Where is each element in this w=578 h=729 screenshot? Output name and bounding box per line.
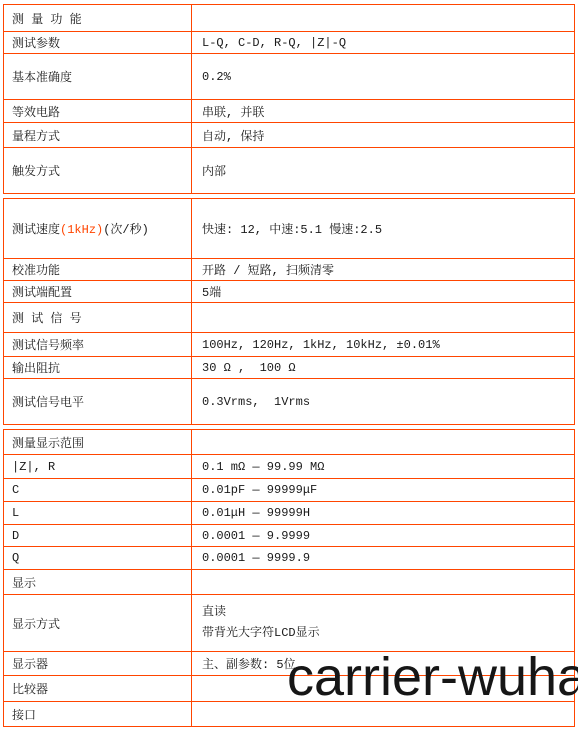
spec-label-cell: D: [4, 525, 192, 547]
table-row: 测试参数L-Q, C-D, R-Q, |Z|-Q: [4, 32, 575, 54]
spec-label-cell: 测试信号频率: [4, 333, 192, 357]
spec-label-cell: 测试参数: [4, 32, 192, 54]
spec-value-cell: 0.01μH — 99999H: [192, 502, 575, 525]
spec-label-cell: 显示器: [4, 652, 192, 676]
spec-value-cell: 开路 / 短路, 扫频清零: [192, 259, 575, 281]
table-row: 显示: [4, 570, 575, 595]
spec-label-cell: 测试端配置: [4, 281, 192, 303]
spec-label-cell: 测 量 功 能: [4, 5, 192, 32]
spec-table: 测 量 功 能测试参数L-Q, C-D, R-Q, |Z|-Q基本准确度0.2%…: [3, 4, 575, 729]
spec-value-cell: L-Q, C-D, R-Q, |Z|-Q: [192, 32, 575, 54]
spec-label-cell: L: [4, 502, 192, 525]
spec-label-accent: (1kHz): [60, 223, 103, 237]
table-row: Q0.0001 — 9999.9: [4, 547, 575, 570]
spec-value-cell: [192, 430, 575, 455]
spec-value-cell: 30 Ω , 100 Ω: [192, 357, 575, 379]
spec-value-cell: 快速: 12, 中速:5.1 慢速:2.5: [192, 199, 575, 259]
spec-label-cell: 接口: [4, 702, 192, 727]
spec-value-cell: 0.3Vrms, 1Vrms: [192, 379, 575, 425]
spec-value-cell: 5端: [192, 281, 575, 303]
table-row: 触发方式内部: [4, 148, 575, 194]
spec-label-cell: 输出阻抗: [4, 357, 192, 379]
spec-value-cell: [192, 303, 575, 333]
spec-value-line: 带背光大字符LCD显示: [202, 623, 570, 644]
spec-label-cell: 测试信号电平: [4, 379, 192, 425]
table-row: 显示方式直读带背光大字符LCD显示: [4, 595, 575, 652]
spec-label-cell: 校准功能: [4, 259, 192, 281]
spec-label-cell: Q: [4, 547, 192, 570]
table-row: L0.01μH — 99999H: [4, 502, 575, 525]
table-row: |Z|, R0.1 mΩ — 99.99 MΩ: [4, 455, 575, 479]
spec-label-cell: 显示: [4, 570, 192, 595]
watermark: carrier-wuha: [287, 650, 578, 704]
table-row: 等效电路串联, 并联: [4, 100, 575, 123]
spec-section-0: 测 量 功 能测试参数L-Q, C-D, R-Q, |Z|-Q基本准确度0.2%…: [3, 4, 575, 194]
spec-value-cell: 内部: [192, 148, 575, 194]
spec-value-cell: 0.01pF — 99999μF: [192, 479, 575, 502]
spec-label-cell: 测量显示范围: [4, 430, 192, 455]
spec-label-cell: 测试速度(1kHz)(次/秒): [4, 199, 192, 259]
table-row: 测试速度(1kHz)(次/秒)快速: 12, 中速:5.1 慢速:2.5: [4, 199, 575, 259]
table-row: 测试信号电平0.3Vrms, 1Vrms: [4, 379, 575, 425]
table-row: C0.01pF — 99999μF: [4, 479, 575, 502]
spec-value-line: 直读: [202, 602, 570, 623]
spec-label-cell: C: [4, 479, 192, 502]
table-row: 测 试 信 号: [4, 303, 575, 333]
table-row: 输出阻抗30 Ω , 100 Ω: [4, 357, 575, 379]
watermark-text: carrier-wuha: [287, 647, 578, 707]
spec-value-cell: 串联, 并联: [192, 100, 575, 123]
spec-value-cell: 直读带背光大字符LCD显示: [192, 595, 575, 652]
spec-label-cell: 显示方式: [4, 595, 192, 652]
spec-section-1: 测试速度(1kHz)(次/秒)快速: 12, 中速:5.1 慢速:2.5校准功能…: [3, 198, 575, 425]
spec-value-cell: 0.2%: [192, 54, 575, 100]
table-row: 测量显示范围: [4, 430, 575, 455]
table-row: 校准功能开路 / 短路, 扫频清零: [4, 259, 575, 281]
spec-label-cell: 量程方式: [4, 123, 192, 148]
table-row: 量程方式自动, 保持: [4, 123, 575, 148]
table-row: D0.0001 — 9.9999: [4, 525, 575, 547]
table-row: 测试端配置5端: [4, 281, 575, 303]
spec-label-cell: 等效电路: [4, 100, 192, 123]
table-row: 测 量 功 能: [4, 5, 575, 32]
spec-value-cell: 100Hz, 120Hz, 1kHz, 10kHz, ±0.01%: [192, 333, 575, 357]
spec-label-part: 测试速度: [12, 223, 60, 237]
spec-label-cell: |Z|, R: [4, 455, 192, 479]
spec-label-cell: 比较器: [4, 676, 192, 702]
spec-value-cell: 0.0001 — 9.9999: [192, 525, 575, 547]
table-row: 测试信号频率100Hz, 120Hz, 1kHz, 10kHz, ±0.01%: [4, 333, 575, 357]
spec-value-cell: 0.0001 — 9999.9: [192, 547, 575, 570]
spec-label-cell: 测 试 信 号: [4, 303, 192, 333]
spec-label-cell: 基本准确度: [4, 54, 192, 100]
spec-label-cell: 触发方式: [4, 148, 192, 194]
spec-value-cell: [192, 5, 575, 32]
spec-value-cell: 0.1 mΩ — 99.99 MΩ: [192, 455, 575, 479]
spec-value-cell: 自动, 保持: [192, 123, 575, 148]
table-row: 基本准确度0.2%: [4, 54, 575, 100]
spec-label-part: (次/秒): [103, 223, 149, 237]
spec-value-cell: [192, 570, 575, 595]
